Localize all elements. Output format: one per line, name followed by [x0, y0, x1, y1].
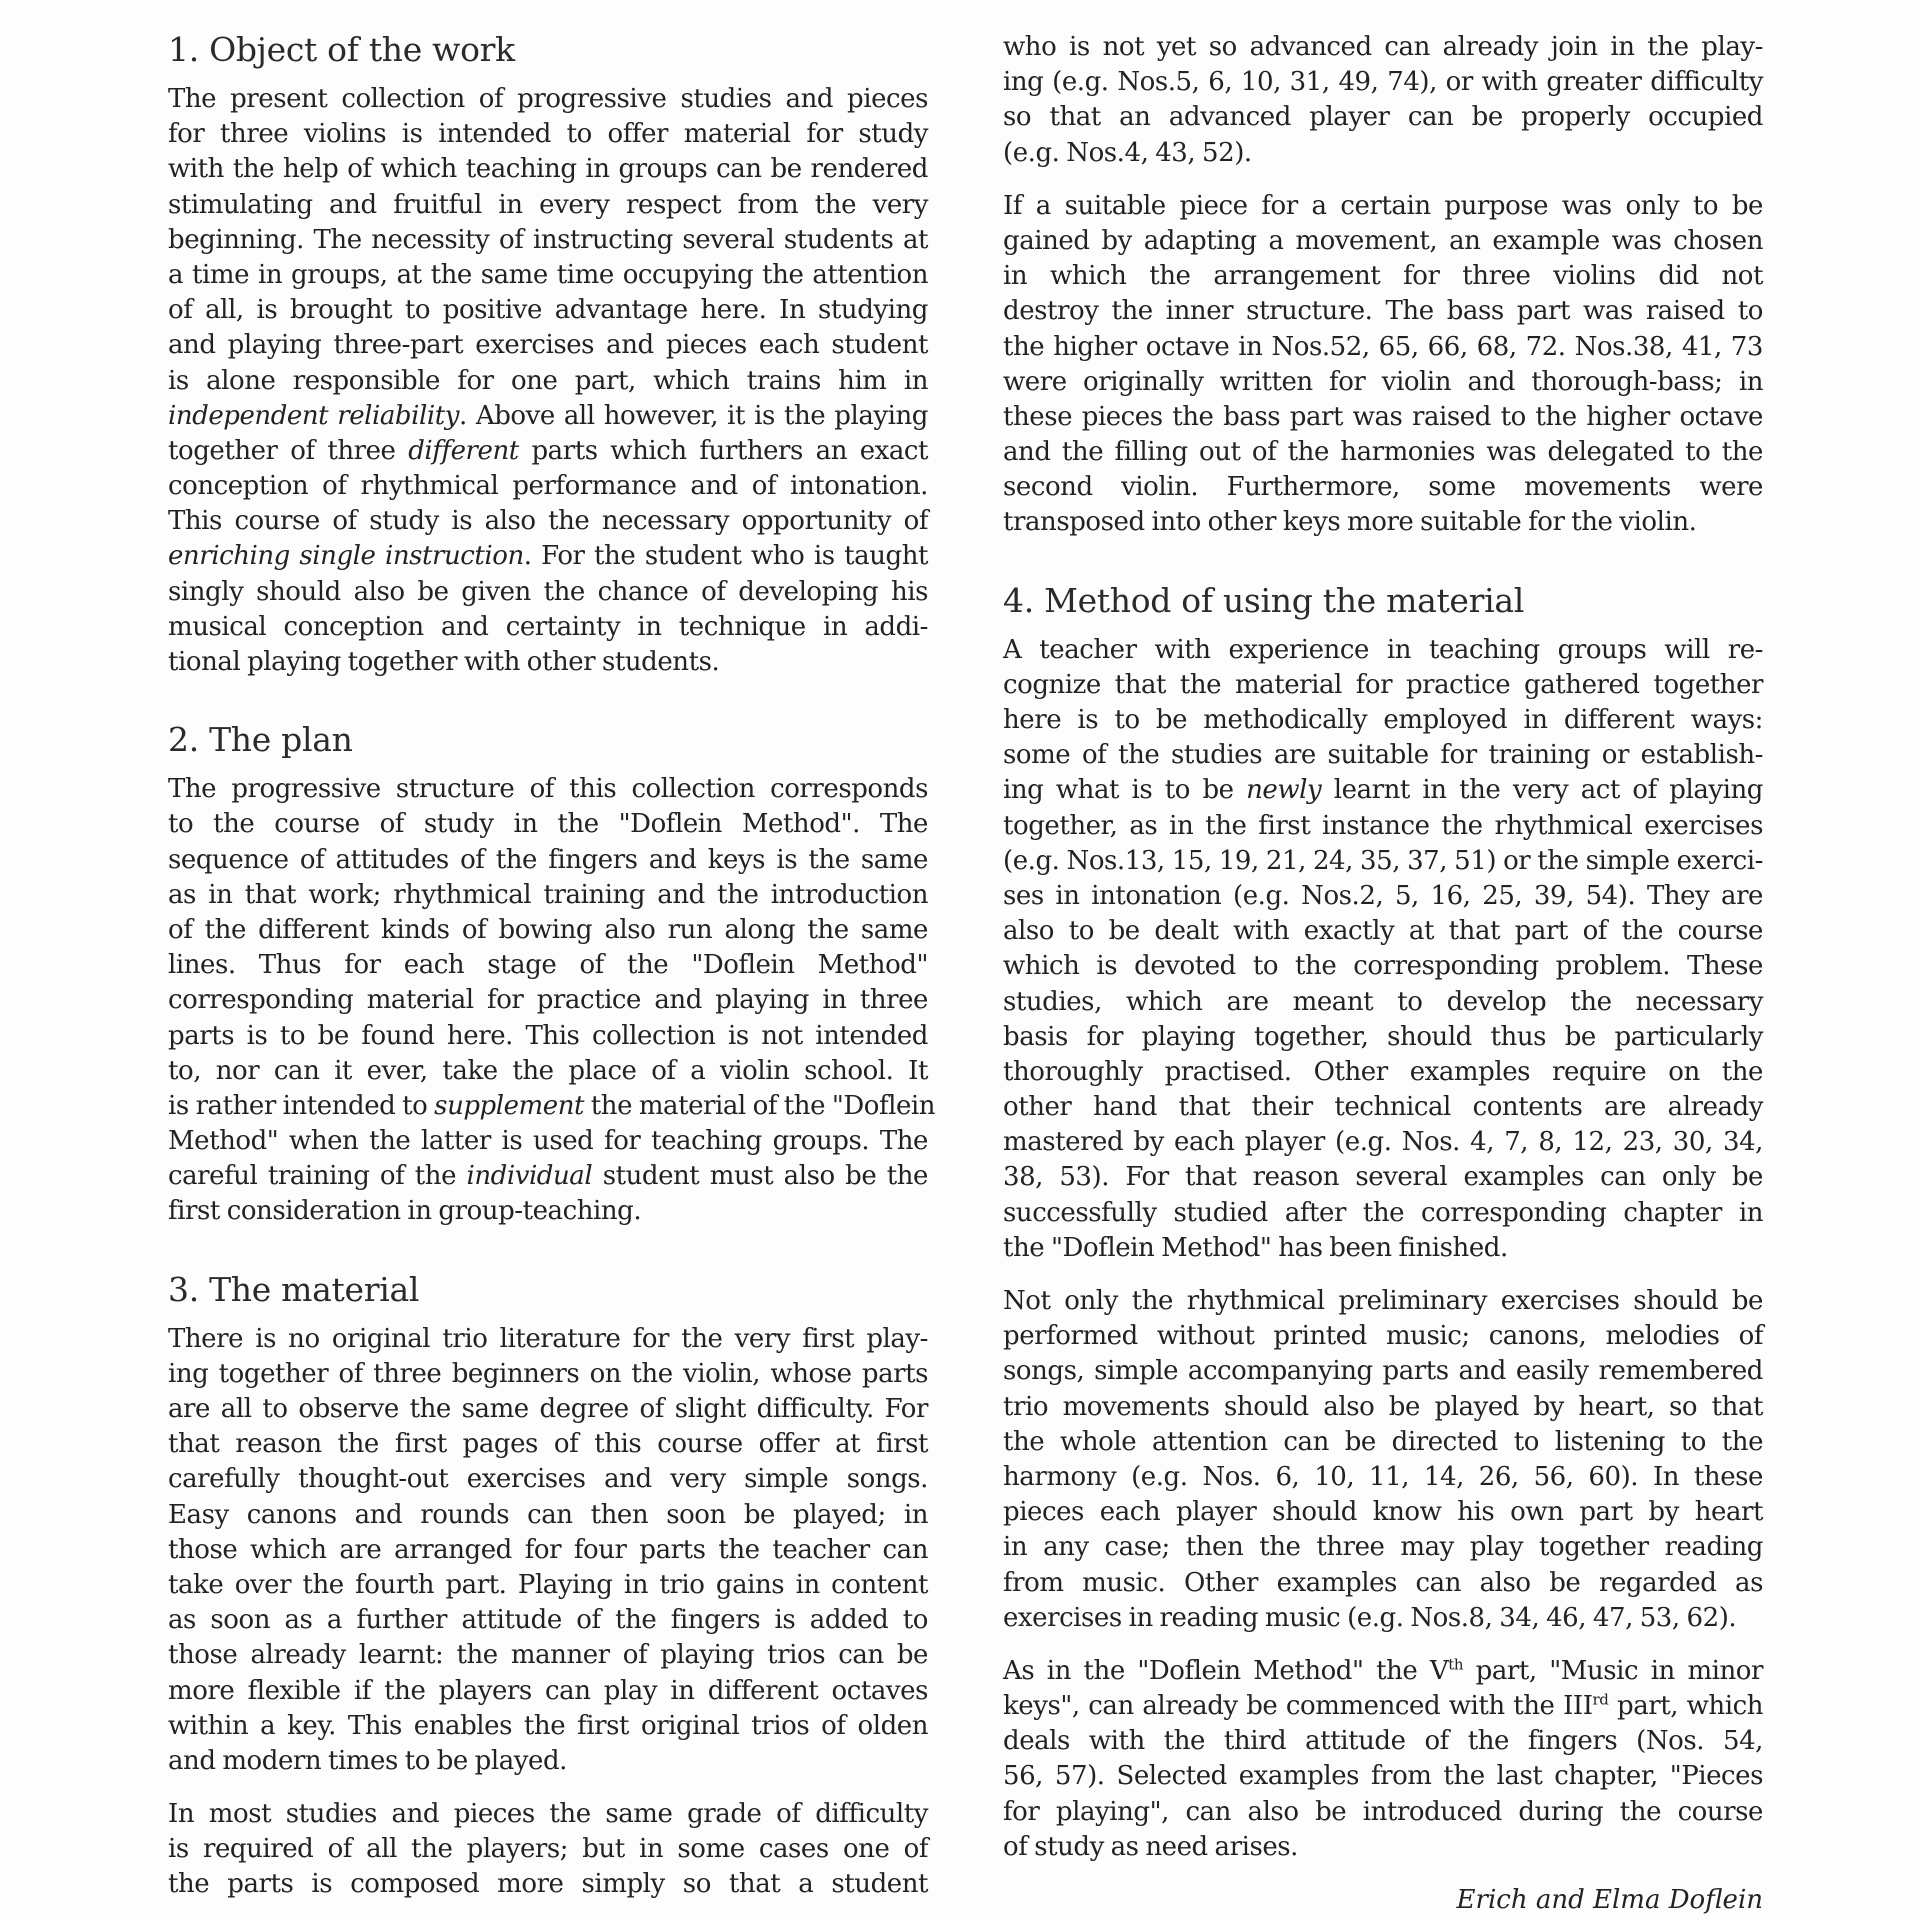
text-line: is rather intended to supplement the mat… — [168, 1089, 928, 1124]
text-line: also to be dealt with exactly at that pa… — [1003, 914, 1763, 949]
text-line: thoroughly practised. Other examples req… — [1003, 1055, 1763, 1090]
text-line: the "Doflein Method" has been finished. — [1003, 1231, 1763, 1266]
text-line: lines. Thus for each stage of the "Dofle… — [168, 948, 928, 983]
text-line: together of three different parts which … — [168, 434, 928, 469]
text-line: destroy the inner structure. The bass pa… — [1003, 294, 1763, 329]
right-column: who is not yet so advanced can already j… — [1003, 30, 1763, 1918]
paragraph-the-plan: The progressive structure of this collec… — [168, 772, 928, 1229]
text-line: (e.g. Nos.4, 43, 52). — [1003, 136, 1763, 171]
text-line: carefully thought-out exercises and very… — [168, 1462, 928, 1497]
text-line: parts is to be found here. This collecti… — [168, 1019, 928, 1054]
text-line: in any case; then the three may play tog… — [1003, 1530, 1763, 1565]
text-line: As in the "Doflein Method" the Vth part,… — [1003, 1654, 1763, 1689]
section-heading-the-plan: 2. The plan — [168, 720, 928, 760]
text-line: second violin. Furthermore, some movemen… — [1003, 470, 1763, 505]
text-line: these pieces the bass part was raised to… — [1003, 400, 1763, 435]
text-line: which is devoted to the corresponding pr… — [1003, 949, 1763, 984]
text-line: If a suitable piece for a certain purpos… — [1003, 189, 1763, 224]
text-line: corresponding material for practice and … — [168, 983, 928, 1018]
text-line: musical conception and certainty in tech… — [168, 610, 928, 645]
text-line: that reason the first pages of this cour… — [168, 1427, 928, 1462]
text-line: of study as need arises. — [1003, 1830, 1763, 1865]
text-line: pieces each player should know his own p… — [1003, 1495, 1763, 1530]
text-line: are all to observe the same degree of sl… — [168, 1392, 928, 1427]
text-line: of all, is brought to positive advantage… — [168, 293, 928, 328]
text-line: more flexible if the players can play in… — [168, 1674, 928, 1709]
text-line: ing what is to be newly learnt in the ve… — [1003, 773, 1763, 808]
text-line: as soon as a further attitude of the fin… — [168, 1603, 928, 1638]
text-line: other hand that their technical contents… — [1003, 1090, 1763, 1125]
section-heading-the-material: 3. The material — [168, 1270, 928, 1310]
text-line: A teacher with experience in teaching gr… — [1003, 633, 1763, 668]
text-line: the higher octave in Nos.52, 65, 66, 68,… — [1003, 330, 1763, 365]
text-line: conception of rhythmical performance and… — [168, 469, 928, 504]
paragraph-method-3: As in the "Doflein Method" the Vth part,… — [1003, 1654, 1763, 1865]
text-line: those already learnt: the manner of play… — [168, 1638, 928, 1673]
text-line: singly should also be given the chance o… — [168, 575, 928, 610]
text-line: basis for playing together, should thus … — [1003, 1020, 1763, 1055]
text-line: so that an advanced player can be proper… — [1003, 100, 1763, 135]
text-line: 38, 53). For that reason several example… — [1003, 1160, 1763, 1195]
text-line: studies, which are meant to develop the … — [1003, 985, 1763, 1020]
text-line: songs, simple accompanying parts and eas… — [1003, 1354, 1763, 1389]
text-line: is alone responsible for one part, which… — [168, 364, 928, 399]
text-line: the whole attention can be directed to l… — [1003, 1425, 1763, 1460]
text-line: from music. Other examples can also be r… — [1003, 1566, 1763, 1601]
text-line: who is not yet so advanced can already j… — [1003, 30, 1763, 65]
paragraph-method-2: Not only the rhythmical preliminary exer… — [1003, 1284, 1763, 1636]
text-line: deals with the third attitude of the fin… — [1003, 1724, 1763, 1759]
paragraph-the-material-4: If a suitable piece for a certain purpos… — [1003, 189, 1763, 541]
text-line: beginning. The necessity of instructing … — [168, 223, 928, 258]
text-line: for three violins is intended to offer m… — [168, 117, 928, 152]
text-line: in which the arrangement for three violi… — [1003, 259, 1763, 294]
text-line: careful training of the individual stude… — [168, 1159, 928, 1194]
text-line: first consideration in group-teaching. — [168, 1194, 928, 1229]
text-line: the parts is composed more simply so tha… — [168, 1867, 928, 1902]
text-line: There is no original trio literature for… — [168, 1322, 928, 1357]
text-line: is required of all the players; but in s… — [168, 1832, 928, 1867]
text-line: The present collection of progressive st… — [168, 82, 928, 117]
text-line: trio movements should also be played by … — [1003, 1390, 1763, 1425]
text-line: for playing", can also be introduced dur… — [1003, 1795, 1763, 1830]
paragraph-the-material-2: In most studies and pieces the same grad… — [168, 1797, 928, 1903]
text-line: Not only the rhythmical preliminary exer… — [1003, 1284, 1763, 1319]
text-line: In most studies and pieces the same grad… — [168, 1797, 928, 1832]
text-line: and the filling out of the harmonies was… — [1003, 435, 1763, 470]
text-line: take over the fourth part. Playing in tr… — [168, 1568, 928, 1603]
text-line: enriching single instruction. For the st… — [168, 539, 928, 574]
paragraph-the-material-3: who is not yet so advanced can already j… — [1003, 30, 1763, 171]
text-line: some of the studies are suitable for tra… — [1003, 738, 1763, 773]
text-line: within a key. This enables the first ori… — [168, 1709, 928, 1744]
text-line: successfully studied after the correspon… — [1003, 1196, 1763, 1231]
text-line: here is to be methodically employed in d… — [1003, 703, 1763, 738]
text-line: to, nor can it ever, take the place of a… — [168, 1054, 928, 1089]
text-line: Easy canons and rounds can then soon be … — [168, 1498, 928, 1533]
text-line: a time in groups, at the same time occup… — [168, 258, 928, 293]
left-column: 1. Object of the work The present collec… — [168, 30, 928, 1920]
text-line: This course of study is also the necessa… — [168, 504, 928, 539]
text-line: tional playing together with other stude… — [168, 645, 928, 680]
text-line: (e.g. Nos.13, 15, 19, 21, 24, 35, 37, 51… — [1003, 844, 1763, 879]
paragraph-object-of-the-work: The present collection of progressive st… — [168, 82, 928, 680]
text-line: and modern times to be played. — [168, 1744, 928, 1779]
text-line: The progressive structure of this collec… — [168, 772, 928, 807]
text-line: stimulating and fruitful in every respec… — [168, 188, 928, 223]
text-line: with the help of which teaching in group… — [168, 152, 928, 187]
text-line: keys", can already be commenced with the… — [1003, 1689, 1763, 1724]
text-line: sequence of attitudes of the fingers and… — [168, 843, 928, 878]
text-line: and playing three-part exercises and pie… — [168, 328, 928, 363]
text-line: mastered by each player (e.g. Nos. 4, 7,… — [1003, 1125, 1763, 1160]
text-line: independent reliability. Above all howev… — [168, 399, 928, 434]
text-line: as in that work; rhythmical training and… — [168, 878, 928, 913]
text-line: 56, 57). Selected examples from the last… — [1003, 1759, 1763, 1794]
signature: Erich and Elma Doflein — [1003, 1883, 1763, 1918]
text-line: of the different kinds of bowing also ru… — [168, 913, 928, 948]
section-heading-object-of-the-work: 1. Object of the work — [168, 30, 928, 70]
text-line: gained by adapting a movement, an exampl… — [1003, 224, 1763, 259]
paragraph-method-1: A teacher with experience in teaching gr… — [1003, 633, 1763, 1266]
text-line: Method" when the latter is used for teac… — [168, 1124, 928, 1159]
text-line: together, as in the first instance the r… — [1003, 809, 1763, 844]
text-line: ses in intonation (e.g. Nos.2, 5, 16, 25… — [1003, 879, 1763, 914]
text-line: cognize that the material for practice g… — [1003, 668, 1763, 703]
text-line: ing (e.g. Nos.5, 6, 10, 31, 49, 74), or … — [1003, 65, 1763, 100]
text-line: those which are arranged for four parts … — [168, 1533, 928, 1568]
section-heading-method-of-using: 4. Method of using the material — [1003, 581, 1763, 621]
text-line: harmony (e.g. Nos. 6, 10, 11, 14, 26, 56… — [1003, 1460, 1763, 1495]
text-line: performed without printed music; canons,… — [1003, 1319, 1763, 1354]
text-line: transposed into other keys more suitable… — [1003, 505, 1763, 540]
text-line: were originally written for violin and t… — [1003, 365, 1763, 400]
text-line: to the course of study in the "Doflein M… — [168, 807, 928, 842]
text-line: exercises in reading music (e.g. Nos.8, … — [1003, 1601, 1763, 1636]
paragraph-the-material-1: There is no original trio literature for… — [168, 1322, 928, 1779]
text-line: ing together of three beginners on the v… — [168, 1357, 928, 1392]
